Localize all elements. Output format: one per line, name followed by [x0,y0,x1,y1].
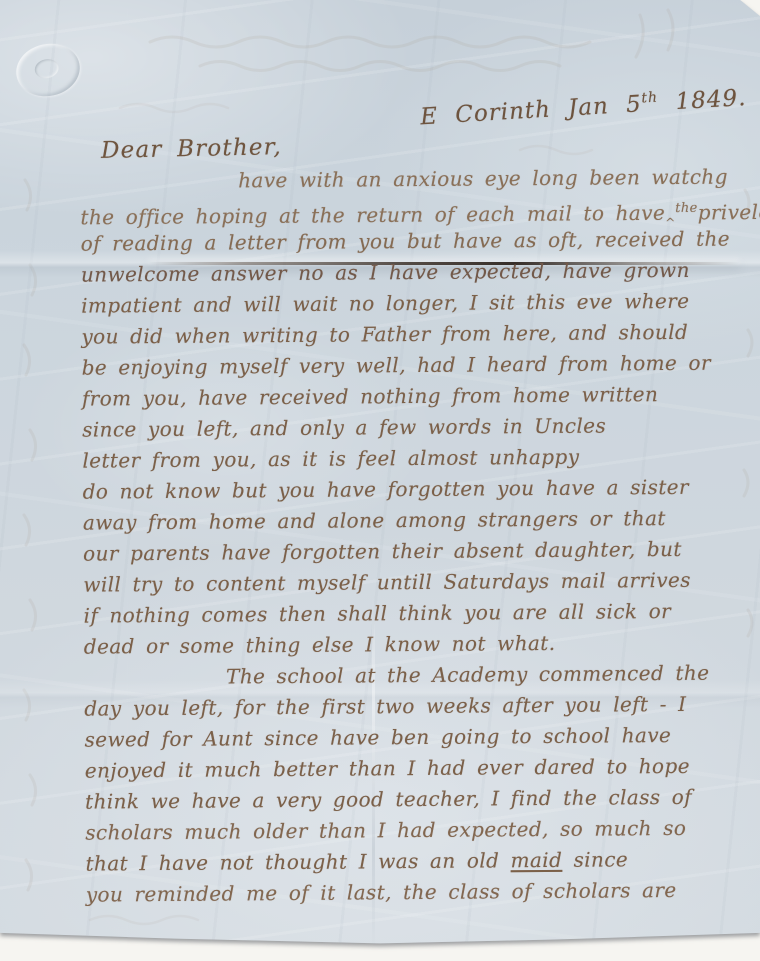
paper-shadow-wrap: E Corinth Jan 5th 1849. Dear Brother, ha… [0,0,760,961]
line-text: since you left, and only a few words in … [82,413,606,441]
line-text: you did when writing to Father from here… [81,320,688,349]
line-text: you reminded me of it last, the class of… [86,878,677,907]
salutation: Dear Brother, [101,134,282,164]
letter-line: scholars much older than I had expected,… [85,812,749,848]
line-text: unwelcome answer no as I have expected, … [81,258,690,287]
line-text: impatient and will wait no longer, I sit… [81,289,689,318]
letter-line: you reminded me of it last, the class of… [86,874,750,910]
line-text: be enjoying myself very well, had I hear… [82,351,711,380]
line-text: enjoyed it much better than I had ever d… [85,754,690,783]
letter-line: that I have not thought I was an old mai… [85,843,749,879]
line-text: will try to content myself untill Saturd… [83,568,691,597]
line-text: dead or some thing else I know not what. [84,631,556,659]
line-text: scholars much older than I had expected,… [85,816,686,845]
line-text: of reading a letter from you but have as… [81,227,730,256]
letter-line: The school at the Academy commenced the [84,657,748,693]
letter-paper: E Corinth Jan 5th 1849. Dear Brother, ha… [0,0,760,950]
line-text: privelege [698,200,760,225]
line-text: that I have not thought I was an old [85,848,510,875]
letter-line: unwelcome answer no as I have expected, … [81,254,745,290]
letter-line: if nothing comes then shall think you ar… [83,595,747,631]
dateline-ordinal: th [641,90,659,107]
letter-line: think we have a very good teacher, I fin… [85,781,749,817]
letter-line: dead or some thing else I know not what. [84,626,748,662]
line-text: away from home and alone among strangers… [83,506,666,535]
letter-line: the office hoping at the return of each … [80,192,744,228]
line-text: from you, have received nothing from hom… [82,382,659,411]
line-text: day you left, for the first two weeks af… [84,692,686,721]
letter-line: from you, have received nothing from hom… [82,378,746,414]
dateline-year: 1849. [658,85,748,116]
line-text: if nothing comes then shall think you ar… [84,599,672,628]
line-text: The school at the Academy commenced the [226,661,709,689]
embossed-stationer-seal [11,38,84,102]
line-text: think we have a very good teacher, I fin… [85,785,692,814]
inserted-word: the [675,201,698,216]
letter-line: be enjoying myself very well, had I hear… [82,347,746,383]
letter-line: day you left, for the first two weeks af… [84,688,748,724]
letter-body: have with an anxious eye long been watch… [80,161,750,910]
letter-line: have with an anxious eye long been watch… [80,161,744,197]
letter-line: of reading a letter from you but have as… [81,223,745,259]
underlined-word: maid [510,848,562,872]
letter-line: sewed for Aunt since have ben going to s… [84,719,748,755]
scanned-letter-page: E Corinth Jan 5th 1849. Dear Brother, ha… [0,0,760,961]
line-text: do not know but you have forgotten you h… [83,475,689,504]
line-text: have with an anxious eye long been watch… [238,165,728,193]
letter-line: impatient and will wait no longer, I sit… [81,285,745,321]
line-text: letter from you, as it is feel almost un… [82,445,579,473]
letter-line: enjoyed it much better than I had ever d… [85,750,749,786]
line-text: our parents have forgotten their absent … [83,537,682,566]
dateline-place-date: E Corinth Jan 5 [420,91,643,130]
line-text: sewed for Aunt since have ben going to s… [84,723,671,752]
letter-line: you did when writing to Father from here… [81,316,745,352]
line-text: since [562,847,628,872]
dateline: E Corinth Jan 5th 1849. [419,84,747,130]
